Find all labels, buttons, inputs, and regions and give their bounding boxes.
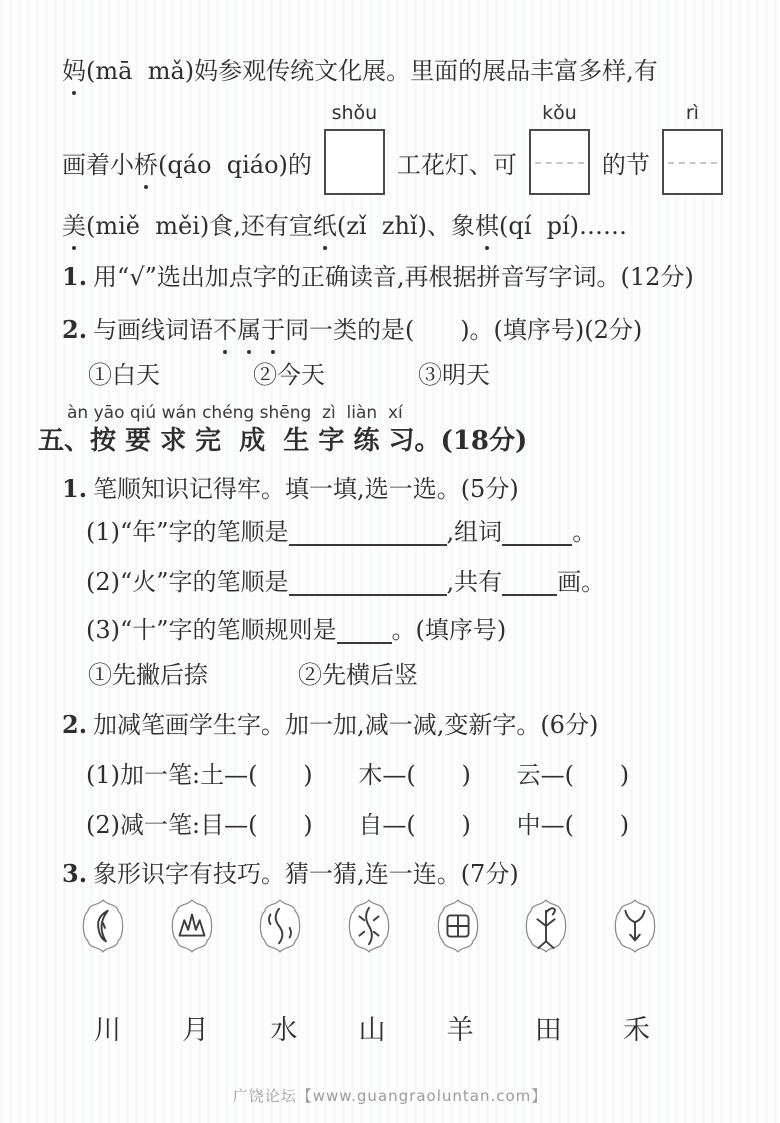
pictograph-water-icon [346,897,392,955]
worksheet-page: 妈(mā mǎ)妈参观传统文化展。里面的展品丰富多样,有 画着小桥(qáo qi… [0,0,780,1123]
question-1-number: 1. [62,262,87,291]
pictograph-field-icon [435,897,481,955]
passage-line-2-text: 画着小桥(qáo qiáo)的 [62,145,312,180]
section-5-pinyin: àn yāo qiú wán chéng shēng zì liàn xí [67,403,403,423]
match-char-yang: 羊 [447,1008,474,1047]
answer-blank-stroke-count [502,570,557,596]
section5-q1-text: 笔顺知识记得牢。填一填,选一选。(5分) [93,475,519,503]
pictograph-mountain-icon [169,897,215,955]
pinyin-label-ri: rì [654,102,731,124]
dotted-char-ma: 妈 [62,57,86,85]
question-2-number: 2. [62,315,87,344]
pictograph-grain-icon [523,897,569,955]
section-5-title: 五、按 要 求 完 成 生 字 练 习。(18分) [38,425,527,458]
passage-line-1: 妈(mā mǎ)妈参观传统文化展。里面的展品丰富多样,有 [62,56,658,86]
match-char-he: 禾 [623,1008,650,1047]
pictograph-moon-icon [80,897,126,955]
writing-box-ri: rì [662,129,723,195]
q2-option-3: ③明天 [418,360,490,390]
answer-blank-stroke-order-huo [289,570,447,596]
answer-blank-rule [337,618,392,644]
pictograph-river-icon [257,897,303,955]
match-char-shan: 山 [358,1008,385,1047]
section5-q1-sub3: (3)“十”字的笔顺规则是。(填序号) [86,615,506,645]
section5-q1: 1.笔顺知识记得牢。填一填,选一选。(5分) [62,474,519,504]
match-char-yue: 月 [182,1008,209,1047]
dotted-char-mei: 美 [62,212,86,240]
question-1-text: 用“√”选出加点字的正确读音,再根据拼音写字词。(12分) [93,263,694,291]
section5-q1-sub2: (2)“火”字的笔顺是,共有画。 [86,567,605,597]
s5q1-option-1: ①先撇后捺 [88,660,208,690]
passage-line-2: 画着小桥(qáo qiáo)的 shǒu 工花灯、可 kǒu 的节 rì [62,129,723,195]
question-1: 1.用“√”选出加点字的正确读音,再根据拼音写字词。(12分) [62,262,694,292]
dotted-char-qi: 棋 [475,212,499,240]
writing-box-kou: kǒu [529,129,590,195]
writing-box-shou: shǒu [324,129,385,195]
q2-option-1: ①白天 [88,360,160,390]
section5-q3: 3.象形识字有技巧。猜一猜,连一连。(7分) [62,859,519,889]
pinyin-label-kou: kǒu [521,102,598,124]
answer-blank-word [502,520,572,546]
answer-blank-stroke-order-nian [289,520,447,546]
match-char-chuan: 川 [94,1008,121,1047]
match-char-tian: 田 [535,1008,562,1047]
q2-option-2: ②今天 [253,360,325,390]
footer-watermark: 广饶论坛【www.guangraoluntan.com】 [0,1085,780,1106]
section5-q1-sub1: (1)“年”字的笔顺是,组词。 [86,517,596,547]
match-character-row: 川 月 水 山 羊 田 禾 [94,1008,650,1047]
question-2: 2.与画线词语不属于同一类的是( )。(填序号)(2分) [62,315,642,345]
dotted-char-zhi: 纸 [313,212,337,240]
section5-q2-text: 加减笔画学生字。加一加,减一减,变新字。(6分) [93,711,598,739]
passage-line-2-text-b: 工花灯、可 [397,145,517,180]
passage-line-2-text-c: 的节 [602,145,650,180]
dotted-char-qiao: 桥 [134,151,158,179]
pinyin-label-shou: shǒu [316,102,393,124]
s5q1-option-2: ②先横后竖 [298,660,418,690]
pictograph-sheep-icon [612,897,658,955]
passage-line-1-text: (mā mǎ)妈参观传统文化展。里面的展品丰富多样,有 [86,57,658,85]
match-char-shui: 水 [270,1008,297,1047]
section5-q2-row1: (1)加一笔:土—( ) 木—( ) 云—( ) [86,760,629,790]
section5-q2-row2: (2)减一笔:目—( ) 自—( ) 中—( ) [86,810,629,840]
passage-line-3: 美(miě měi)食,还有宣纸(zǐ zhǐ)、象棋(qí pí)…… [62,211,627,241]
dotted-phrase: 不属于 [213,316,285,344]
pictograph-row [80,897,658,955]
section5-q2: 2.加减笔画学生字。加一加,减一减,变新字。(6分) [62,710,598,740]
section5-q3-text: 象形识字有技巧。猜一猜,连一连。(7分) [93,860,519,888]
